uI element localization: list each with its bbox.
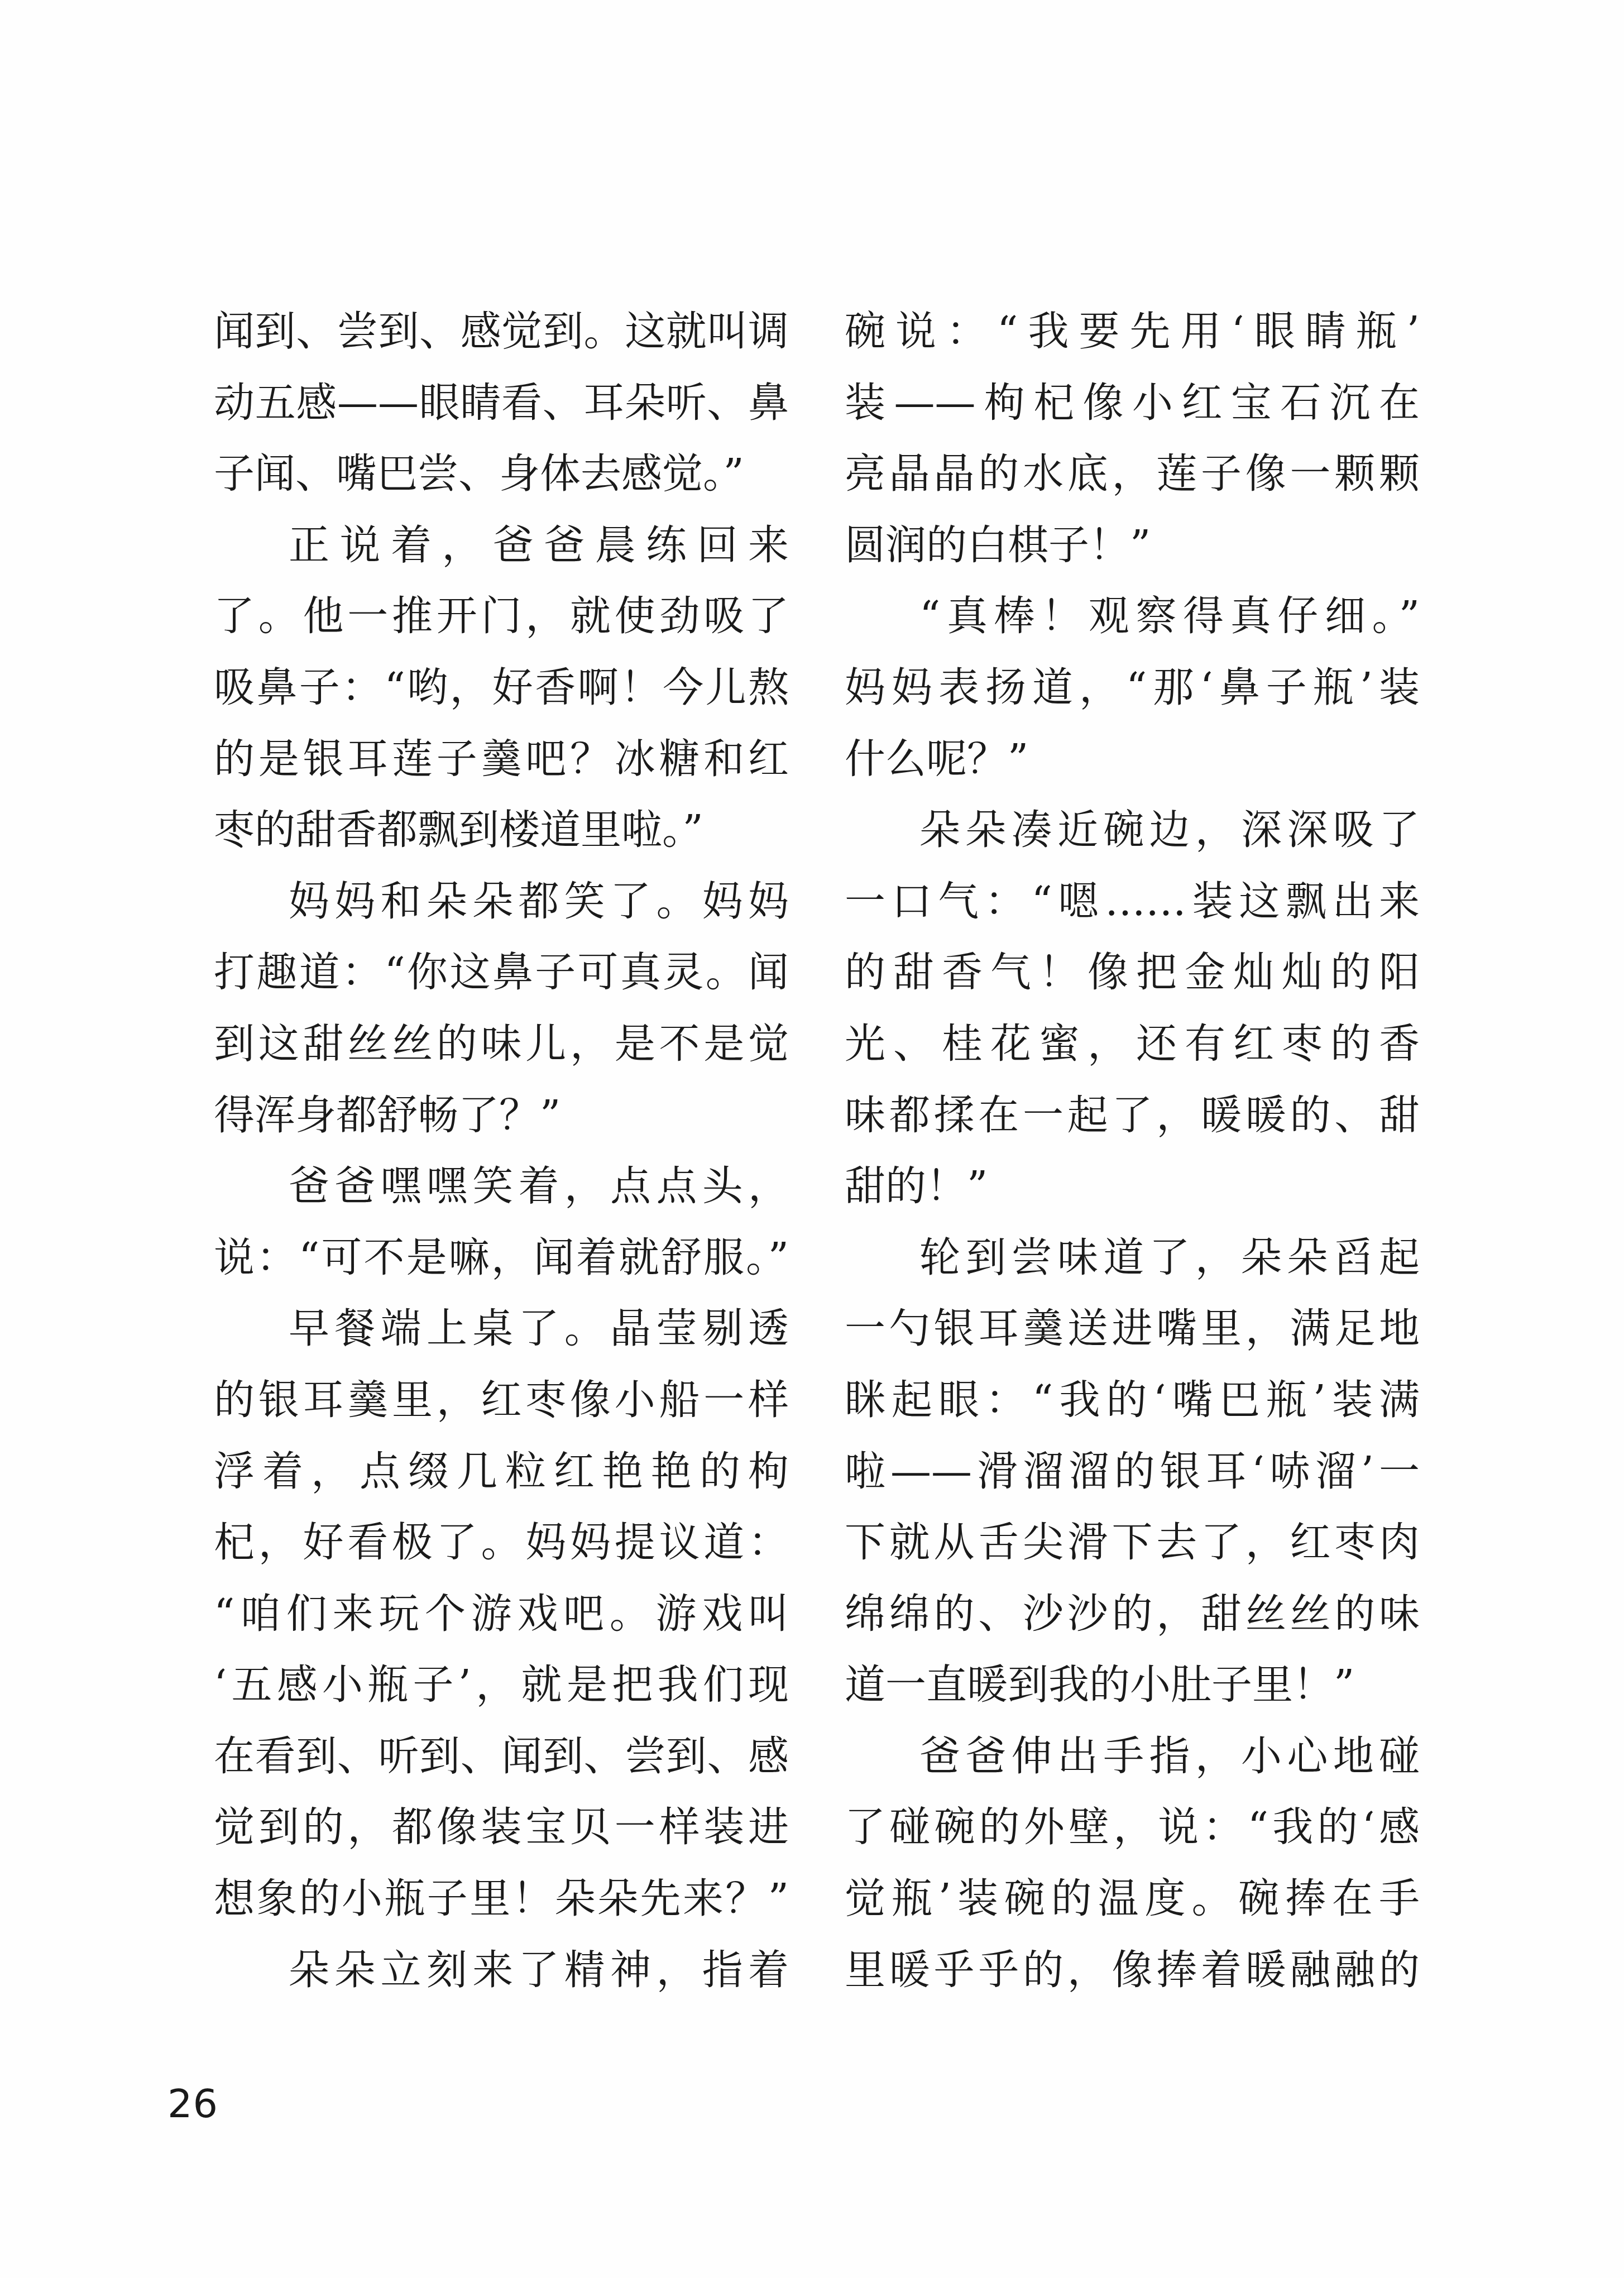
text-line: 杞，好看极了。妈妈提议道： (214, 1517, 789, 1588)
left-text-column: 闻到、尝到、感觉到。这就叫调 动五感——眼睛看、耳朵听、鼻 子闻、嘴巴尝、身体去… (214, 306, 789, 2016)
text-line: 轮到尝味道了，朵朵舀起 (845, 1232, 1420, 1304)
text-line: 里暖乎乎的，像捧着暖融融的 (845, 1945, 1420, 2016)
page-number: 26 (167, 2081, 218, 2126)
text-line: 觉瓶’装碗的温度。碗捧在手 (845, 1873, 1420, 1945)
text-line: 妈妈表扬道，“那‘鼻子瓶’装 (845, 662, 1420, 734)
text-line: 闻到、尝到、感觉到。这就叫调 (214, 306, 789, 377)
text-line: 什么呢？” (845, 734, 1420, 805)
text-line: 亮晶晶的水底，莲子像一颗颗 (845, 448, 1420, 520)
text-line: 眯起眼：“我的‘嘴巴瓶’装满 (845, 1375, 1420, 1446)
text-line: “咱们来玩个游戏吧。游戏叫 (214, 1588, 789, 1660)
text-line: 朵朵凑近碗边，深深吸了 (845, 805, 1420, 876)
text-line: 道一直暖到我的小肚子里！” (845, 1659, 1420, 1731)
text-line: 甜的！” (845, 1161, 1420, 1232)
text-line: 吸鼻子：“哟，好香啊！今儿熬 (214, 662, 789, 734)
text-line: 妈妈和朵朵都笑了。妈妈 (214, 876, 789, 947)
text-line: 早餐端上桌了。晶莹剔透 (214, 1303, 789, 1375)
text-line: 到这甜丝丝的味儿，是不是觉 (214, 1018, 789, 1090)
text-line: 正说着，爸爸晨练回来 (214, 520, 789, 591)
text-line: 在看到、听到、闻到、尝到、感 (214, 1731, 789, 1802)
text-line: 啦——滑溜溜的银耳‘哧溜’一 (845, 1446, 1420, 1518)
text-line: 觉到的，都像装宝贝一样装进 (214, 1802, 789, 1873)
text-line: “真棒！观察得真仔细。” (845, 591, 1420, 662)
text-line: 说：“可不是嘛，闻着就舒服。” (214, 1232, 789, 1304)
text-line: 圆润的白棋子！” (845, 520, 1420, 591)
text-line: 子闻、嘴巴尝、身体去感觉。” (214, 448, 789, 520)
text-line: 一口气：“嗯……装这飘出来 (845, 876, 1420, 947)
right-text-column: 碗说：“我要先用‘眼睛瓶’ 装——枸杞像小红宝石沉在 亮晶晶的水底，莲子像一颗颗… (845, 306, 1420, 2016)
text-line: 的甜香气！像把金灿灿的阳 (845, 947, 1420, 1018)
text-line: 打趣道：“你这鼻子可真灵。闻 (214, 947, 789, 1018)
text-line: 动五感——眼睛看、耳朵听、鼻 (214, 377, 789, 449)
text-line: 浮着，点缀几粒红艳艳的枸 (214, 1446, 789, 1518)
text-line: 绵绵的、沙沙的，甜丝丝的味 (845, 1588, 1420, 1660)
text-line: 碗说：“我要先用‘眼睛瓶’ (845, 306, 1420, 377)
text-line: 想象的小瓶子里！朵朵先来？” (214, 1873, 789, 1945)
text-line: ‘五感小瓶子’，就是把我们现 (214, 1659, 789, 1731)
text-line: 一勺银耳羹送进嘴里，满足地 (845, 1303, 1420, 1375)
text-line: 了。他一推开门，就使劲吸了 (214, 591, 789, 662)
text-line: 爸爸嘿嘿笑着，点点头， (214, 1161, 789, 1232)
text-line: 爸爸伸出手指，小心地碰 (845, 1731, 1420, 1802)
text-line: 枣的甜香都飘到楼道里啦。” (214, 805, 789, 876)
text-line: 的银耳羹里，红枣像小船一样 (214, 1375, 789, 1446)
text-line: 下就从舌尖滑下去了，红枣肉 (845, 1517, 1420, 1588)
text-line: 装——枸杞像小红宝石沉在 (845, 377, 1420, 449)
text-line: 光、桂花蜜，还有红枣的香 (845, 1018, 1420, 1090)
text-line: 得浑身都舒畅了？” (214, 1090, 789, 1161)
text-line: 朵朵立刻来了精神，指着 (214, 1945, 789, 2016)
text-line: 了碰碗的外壁，说：“我的‘感 (845, 1802, 1420, 1873)
text-line: 味都揉在一起了，暖暖的、甜 (845, 1090, 1420, 1161)
text-line: 的是银耳莲子羹吧？冰糖和红 (214, 734, 789, 805)
